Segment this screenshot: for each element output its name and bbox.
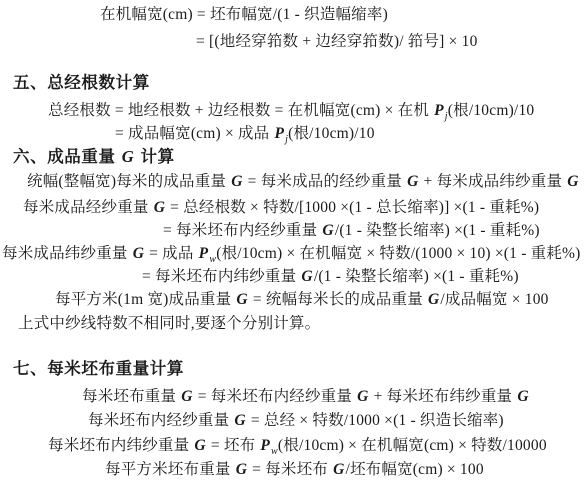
math-variable: P (433, 102, 445, 119)
math-variable: G (121, 147, 136, 166)
math-variable: G (321, 222, 334, 239)
math-variable: G (193, 437, 206, 454)
math-variable: G (516, 388, 529, 405)
math-variable: G (300, 268, 313, 285)
formula-line: = 成品幅宽(cm) × 成品 Pj(根/10cm)/10 (115, 124, 375, 144)
formula-line: 每平方米坯布重量 G = 每米坯布 G/坯布幅宽(cm) × 100 (105, 460, 484, 480)
formula-line: 每平方米(1m 宽)成品重量 G = 统幅每米长的成品重量 G/成品幅宽 × 1… (55, 290, 549, 310)
math-variable: G (180, 388, 193, 405)
math-subscript: w (209, 254, 216, 265)
math-variable: G (132, 245, 145, 262)
formula-line: = [(地经穿筘数 + 边经穿筘数)/ 筘号] × 10 (196, 32, 478, 52)
math-subscript: j (445, 111, 448, 122)
math-variable: G (153, 199, 166, 216)
formula-line: 每米坯布内纬纱重量 G = 坯布 Pw(根/10cm) × 在机幅宽(cm) ×… (48, 436, 547, 456)
formula-line: = 每米坯布内经纱重量 G/(1 - 染整长缩率) ×(1 - 重耗%) (163, 221, 540, 241)
formula-line: 每米坯布重量 G = 每米坯布内经纱重量 G + 每米坯布纬纱重量 G (82, 387, 530, 407)
section-heading: 六、成品重量 G 计算 (13, 147, 175, 167)
math-variable: G (230, 173, 243, 190)
section-heading: 七、每米坯布重量计算 (13, 359, 184, 379)
math-variable: G (233, 412, 246, 429)
section-heading: 五、总经根数计算 (13, 73, 150, 93)
math-variable: G (427, 291, 440, 308)
formula-line: 每米坯布内经纱重量 G = 总经 × 特数/1000 ×(1 - 织造长缩率) (88, 411, 504, 431)
formula-line: 统幅(整幅宽)每米的成品重量 G = 每米成品的经纱重量 G + 每米成品纬纱重… (27, 172, 580, 192)
math-variable: P (198, 245, 210, 262)
math-subscript: j (285, 134, 288, 145)
formula-line: 每米成品经纱重量 G = 总经根数 × 特数/[1000 ×(1 - 总长缩率)… (23, 198, 539, 218)
math-variable: G (566, 173, 579, 190)
formula-line: 在机幅宽(cm) = 坯布幅宽/(1 - 织造幅缩率) (100, 5, 388, 25)
formula-line: 上式中纱线特数不相同时,要逐个分别计算。 (18, 314, 320, 334)
document-page: 在机幅宽(cm) = 坯布幅宽/(1 - 织造幅缩率)= [(地经穿筘数 + 边… (0, 0, 588, 481)
math-variable: G (235, 461, 248, 478)
formula-line: 每米成品纬纱重量 G = 成品 Pw(根/10cm) × 在机幅宽 × 特数/(… (2, 244, 581, 264)
math-variable: G (332, 461, 345, 478)
math-variable: P (259, 437, 271, 454)
math-variable: P (273, 125, 285, 142)
formula-line: 总经根数 = 地经根数 + 边经根数 = 在机幅宽(cm) × 在机 Pj(根/… (48, 101, 534, 121)
math-variable: G (235, 291, 248, 308)
math-variable: G (406, 173, 419, 190)
math-variable: G (356, 388, 369, 405)
formula-line: = 每米坯布内纬纱重量 G/(1 - 染整长缩率) ×(1 - 重耗%) (142, 267, 519, 287)
math-subscript: w (271, 446, 278, 457)
